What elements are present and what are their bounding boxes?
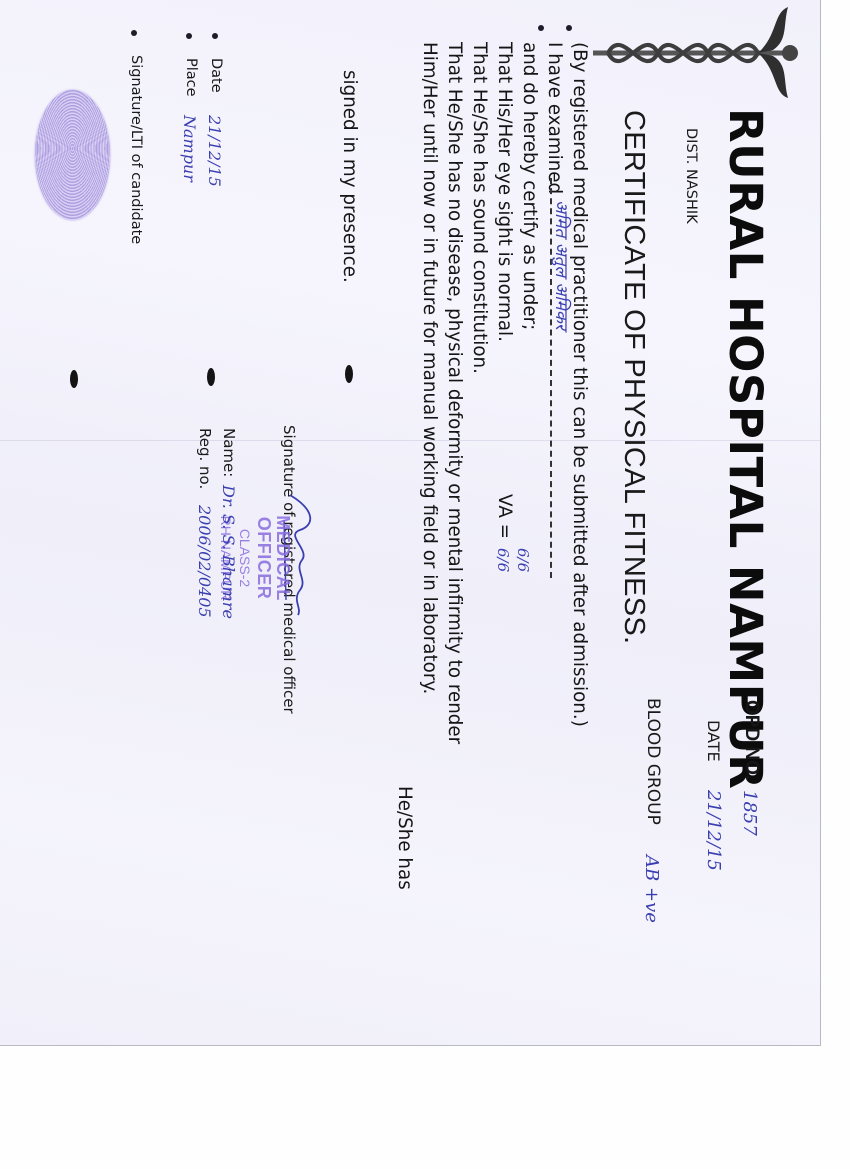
certificate-title: CERTIFICATE OF PHYSICAL FITNESS. [617, 110, 650, 644]
opd-value: 1857 [739, 790, 760, 836]
constitution-line: That He/She has sound constitution. [467, 42, 492, 374]
examined-name: अमित अतुल अमिकर [551, 200, 574, 330]
punch-mark [345, 365, 353, 383]
no-disease-line: That He/She has no disease, physical def… [442, 42, 467, 744]
thumb-impression [35, 90, 110, 220]
punch-mark [207, 368, 215, 386]
he-she-has: He/She has [392, 786, 417, 890]
reg-label: Reg. no. [196, 428, 214, 489]
bullet [566, 25, 572, 31]
candidate-place-value: Nampur [180, 115, 199, 182]
name-value: Dr. S. S. Bhamre [219, 485, 238, 619]
blood-group-label: BLOOD GROUP [643, 698, 663, 825]
bullet [538, 25, 544, 31]
va-label: VA = [492, 494, 517, 539]
district-label: DIST. NASHIK [683, 128, 699, 224]
working-field-line: Him/Her until now or in future for manua… [417, 42, 442, 694]
va-value-right: 6/6 [514, 548, 532, 572]
certify-line: and do hereby certify as under; [517, 42, 542, 330]
bullet [131, 30, 137, 36]
va-value-left: 6/6 [494, 548, 512, 572]
hospital-name: RURAL HOSPITAL NAMPUR [719, 108, 772, 789]
stamp-line-1: MEDICAL OFFICER [254, 478, 292, 638]
certificate-page: RURAL HOSPITAL NAMPUR DIST. NASHIK OPD N… [0, 0, 820, 1045]
candidate-date-label: Date [208, 58, 224, 93]
submission-note: (By registered medical practitioner this… [567, 42, 592, 727]
opd-label: OPD NO. [740, 700, 762, 780]
fold-line [0, 440, 820, 441]
eye-sight-line: That His/Her eye sight is normal. [492, 42, 517, 342]
reg-value: 2006/02/0405 [195, 505, 214, 618]
bullet [212, 33, 218, 39]
bullet [186, 33, 192, 39]
candidate-place-label: Place [183, 58, 199, 97]
name-label: Name: [220, 428, 238, 477]
punch-mark [70, 370, 78, 388]
blood-group-value: AB +ve [641, 855, 662, 923]
caduceus-logo-icon [588, 5, 818, 100]
signed-in-presence: signed in my presence. [337, 70, 362, 283]
candidate-date-value: 21/12/15 [205, 115, 224, 187]
date-value: 21/12/15 [703, 790, 724, 871]
candidate-signature-label: Signature/LTI of candidate [128, 55, 144, 244]
date-label: DATE [704, 720, 723, 762]
examined-prefix: I have examined [542, 42, 567, 194]
